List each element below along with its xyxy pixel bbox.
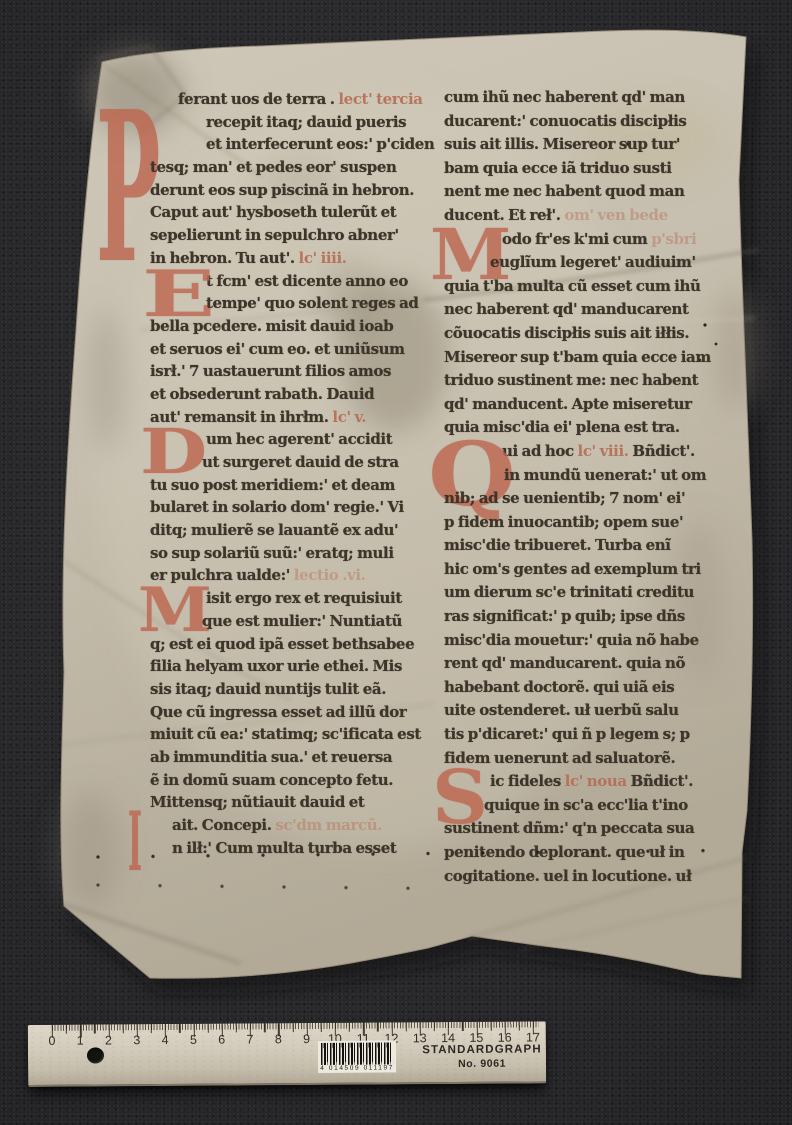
ruler-number: 17 xyxy=(526,1030,540,1044)
body-text: sis itaq; dauid nuntijs tulit eã. xyxy=(150,680,386,698)
manuscript-text-line: ducarent:' conuocatis discipłis xyxy=(444,112,711,136)
rubric-text: lc' iiii. xyxy=(295,249,347,267)
manuscript-text-line: ui ad hoc lc' viii. Bñdict'.Q xyxy=(444,442,711,466)
ruler: 01234567891011121314151617 4 014509 0111… xyxy=(28,1021,546,1087)
body-text: et interfecerunt eos:' p'ciden xyxy=(206,135,434,153)
ruler-number: 13 xyxy=(413,1031,427,1045)
rubric-text: p'sbri xyxy=(647,230,696,248)
body-text: ras significat:' p quib; ipse dñs xyxy=(444,607,685,625)
ruler-hanging-hole xyxy=(87,1047,104,1063)
ruler-tick xyxy=(349,1023,350,1032)
body-text: que est mulier:' Nuntiatũ xyxy=(202,612,402,630)
manuscript-text-line: cogitatione. uel in locutione. uł xyxy=(444,867,711,891)
body-text: q; est ei quod ipã esset bethsabee xyxy=(150,635,414,653)
manuscript-text-line: rent qd' manducarent. quia nõ xyxy=(444,654,711,678)
manuscript-text-line: que est mulier:' Nuntiatũ xyxy=(150,612,434,635)
body-text: Mittensq; nũtiauit dauid et xyxy=(150,793,364,811)
manuscript-text-line: p fidem inuocantib; opem sue' xyxy=(444,513,711,537)
body-text: cogitatione. uel in locutione. uł xyxy=(444,867,691,885)
ruler-number: 8 xyxy=(275,1032,282,1046)
manuscript-text-line: ab immunditia sua.' et reuersa xyxy=(150,748,434,771)
manuscript-text-line: miuit cũ ea:' statimq; sc'ificata est xyxy=(150,725,434,748)
manuscript-text-line: Misereor sup t'bam quia ecce iam xyxy=(444,348,711,372)
ruler-number: 5 xyxy=(190,1033,197,1047)
body-text: et seruos ei' cum eo. et uniũsum xyxy=(150,340,405,358)
manuscript-text-line: misc'die tribueret. Turba enĩ xyxy=(444,536,711,560)
ruler-number: 15 xyxy=(469,1031,483,1045)
ruler-tick xyxy=(321,1023,322,1032)
rubric-text: lectio .vi. xyxy=(290,566,366,584)
ruler-tick xyxy=(151,1024,152,1033)
body-text: hic om's gentes ad exemplum tri xyxy=(444,560,701,578)
manuscript-text-line: quique in sc'a ecc'lia t'ino xyxy=(444,796,711,820)
ruler-model-label: No. 9061 xyxy=(406,1057,558,1070)
body-text: ab immunditia sua.' et reuersa xyxy=(150,748,392,766)
ruler-number: 3 xyxy=(133,1033,140,1047)
ruler-number: 14 xyxy=(441,1031,455,1045)
manuscript-text-line: bam quia ecce iã triduo susti xyxy=(444,159,711,183)
ruler-tick xyxy=(264,1023,265,1032)
manuscript-text-line: Caput aut' hysboseth tulerũt et xyxy=(150,203,434,226)
rubric-text: lc' v. xyxy=(329,408,367,426)
body-text: t fcm' est dicente anno eo xyxy=(206,272,408,290)
body-text: miuit cũ ea:' statimq; sc'ificata est xyxy=(150,725,421,743)
ruler-barcode-area: 4 014509 011197 xyxy=(318,1040,396,1073)
ruler-brand-label: STANDARDGRAPH xyxy=(406,1043,558,1056)
manuscript-text-line: qd' manducent. Apte miseretur xyxy=(444,395,711,419)
rubric-text: sc'dm marcũ. xyxy=(272,816,383,834)
body-text: uite ostenderet. uł uerbũ salu xyxy=(444,701,679,719)
body-text: quia t'ba multa cũ esset cum ihũ xyxy=(444,277,701,295)
manuscript-text-line: triduo sustinent me: nec habent xyxy=(444,371,711,395)
manuscript-text-line: in mundũ uenerat:' ut om xyxy=(444,466,711,490)
ruler-tick xyxy=(94,1025,95,1034)
manuscript-text-line: et seruos ei' cum eo. et uniũsum xyxy=(150,340,434,363)
manuscript-text-line: filia helyam uxor urie ethei. Mis xyxy=(150,657,434,680)
ruler-tick xyxy=(179,1024,180,1033)
ruler-tick xyxy=(519,1022,520,1031)
body-text: odo fr'es k'mi cum xyxy=(502,230,647,248)
manuscript-text-line: et interfecerunt eos:' p'ciden xyxy=(150,135,434,158)
ruler-number: 0 xyxy=(48,1034,55,1048)
body-text: p fidem inuocantib; opem sue' xyxy=(444,513,683,531)
manuscript-text-line: tis p'dicaret:' qui ñ p legem s; p xyxy=(444,725,711,749)
manuscript-text-line: euglĩum legeret' audiuim' xyxy=(444,253,711,277)
rubric-text: lc' viii. xyxy=(574,442,629,460)
body-text: qd' manducent. Apte miseretur xyxy=(444,395,692,413)
ruler-number: 1 xyxy=(77,1034,84,1048)
manuscript-text-line: suis ait illis. Misereor sup tur' xyxy=(444,135,711,159)
body-text: habebant doctorẽ. qui uiã eis xyxy=(444,678,674,696)
manuscript-text-line: tu suo post meridiem:' et deam xyxy=(150,476,434,499)
ruler-tick xyxy=(406,1022,407,1031)
body-text: ut surgeret dauid de stra xyxy=(202,453,399,471)
body-text: suis ait illis. Misereor sup tur' xyxy=(444,135,680,153)
body-text: bam quia ecce iã triduo susti xyxy=(444,159,672,177)
manuscript-text-line: uite ostenderet. uł uerbũ salu xyxy=(444,701,711,725)
manuscript-text-line: sustinent dñm:' q'n peccata sua xyxy=(444,819,711,843)
manuscript-text-line: ait. Concepi. sc'dm marcũ.I xyxy=(150,816,434,839)
body-text: bularet in solario dom' regie.' Vi xyxy=(150,498,404,516)
manuscript-text-line: so sup solariũ suũ:' eratq; muli xyxy=(150,544,434,567)
manuscript-text-line: ditq; mulierẽ se lauantẽ ex adu' xyxy=(150,521,434,544)
manuscript-text-line: et obsederunt rabath. Dauid xyxy=(150,385,434,408)
manuscript-text-line: hic om's gentes ad exemplum tri xyxy=(444,560,711,584)
body-text: cõuocatis discipłis suis ait iłłis. xyxy=(444,324,689,342)
body-text: Bñdict'. xyxy=(627,772,693,790)
ruler-tick xyxy=(462,1022,463,1031)
ruler-tick xyxy=(292,1023,293,1032)
body-text: in mundũ uenerat:' ut om xyxy=(504,466,706,484)
manuscript-text-line: nec haberent qd' manducarent xyxy=(444,300,711,324)
body-text: um hec agerent' accidit xyxy=(206,430,392,448)
manuscript-text-line: cõuocatis discipłis suis ait iłłis. xyxy=(444,324,711,348)
manuscript-text-line: recepit itaq; dauid puerisP xyxy=(150,113,434,136)
body-text: so sup solariũ suũ:' eratq; muli xyxy=(150,544,394,562)
manuscript-text-line: bularet in solario dom' regie.' Vi xyxy=(150,498,434,521)
ruler-number: 2 xyxy=(105,1033,112,1047)
body-text: misc'dia mouetur:' quia nõ habe xyxy=(444,631,699,649)
body-text: nent me nec habent quod man xyxy=(444,182,684,200)
body-text: quique in sc'a ecc'lia t'ino xyxy=(484,796,688,814)
body-text: tempe' quo solent reges ad xyxy=(206,294,419,312)
body-text: Misereor sup t'bam quia ecce iam xyxy=(444,348,711,366)
manuscript-text-line: ut surgeret dauid de stra xyxy=(150,453,434,476)
manuscript-text-line: t fcm' est dicente anno eoE xyxy=(150,272,434,295)
manuscript-text-line: derunt eos sup piscinã in hebron. xyxy=(150,181,434,204)
manuscript-text-line: sis itaq; dauid nuntijs tulit eã. xyxy=(150,680,434,703)
body-text: derunt eos sup piscinã in hebron. xyxy=(150,181,414,199)
body-text: cum ihũ nec haberent qd' man xyxy=(444,88,685,106)
manuscript-text-line: bella pcedere. misit dauid ioab xyxy=(150,317,434,340)
body-text: ic fideles xyxy=(490,772,561,790)
body-text: ferant uos de terra . xyxy=(178,90,335,108)
manuscript-text-line: um hec agerent' acciditD xyxy=(150,430,434,453)
body-text: ditq; mulierẽ se lauantẽ ex adu' xyxy=(150,521,398,539)
ruler-number: 16 xyxy=(498,1031,512,1045)
body-text: isit ergo rex et requisiuit xyxy=(206,589,402,607)
ruler-tick xyxy=(66,1025,67,1034)
manuscript-column-left: ferant uos de terra . lect' terciarecepi… xyxy=(150,90,434,861)
body-text: filia helyam uxor urie ethei. Mis xyxy=(150,657,402,675)
body-text: sepelierunt in sepulchro abner' xyxy=(150,226,399,244)
manuscript-text-line: misc'dia mouetur:' quia nõ habe xyxy=(444,631,711,655)
manuscript-text-line: ras significat:' p quib; ipse dñs xyxy=(444,607,711,631)
manuscript-text-line: odo fr'es k'mi cum p'sbriM xyxy=(444,230,711,254)
body-text: rent qd' manducarent. quia nõ xyxy=(444,654,685,672)
manuscript-column-right: cum ihũ nec haberent qd' manducarent:' c… xyxy=(444,88,711,890)
photograph-background: ferant uos de terra . lect' terciarecepi… xyxy=(0,0,792,1125)
body-text: recepit itaq; dauid pueris xyxy=(206,113,406,131)
body-text: bella pcedere. misit dauid ioab xyxy=(150,317,393,335)
ruler-tick xyxy=(547,1021,548,1030)
ruler-number: 9 xyxy=(303,1032,310,1046)
manuscript-text-line: Que cũ ingressa esset ad illũ dor xyxy=(150,703,434,726)
body-text: et obsederunt rabath. Dauid xyxy=(150,385,374,403)
body-text: um dierum sc'e trinitati creditu xyxy=(444,583,694,601)
body-text: euglĩum legeret' audiuim' xyxy=(490,253,696,271)
manuscript-text-line: sepelierunt in sepulchro abner' xyxy=(150,226,434,249)
manuscript-text-line: um dierum sc'e trinitati creditu xyxy=(444,583,711,607)
manuscript-text-line: tempe' quo solent reges ad xyxy=(150,294,434,317)
manuscript-text-line: quia t'ba multa cũ esset cum ihũ xyxy=(444,277,711,301)
manuscript-text-line: q; est ei quod ipã esset bethsabee xyxy=(150,635,434,658)
manuscript-text-line: Mittensq; nũtiauit dauid et xyxy=(150,793,434,816)
body-text: Bñdict'. xyxy=(629,442,695,460)
rubric-text: lect' tercia xyxy=(335,90,423,108)
ruler-tick xyxy=(490,1022,491,1031)
manuscript-text-line: nib; ad se uenientib; 7 nom' ei' xyxy=(444,489,711,513)
body-text: ẽ in domũ suam concepto fetu. xyxy=(150,771,393,789)
barcode-digits: 4 014509 011197 xyxy=(318,1064,396,1072)
manuscript-text-line: ẽ in domũ suam concepto fetu. xyxy=(150,771,434,794)
manuscript-text-line: tesq; man' et pedes eor' suspen xyxy=(150,158,434,181)
body-text: sustinent dñm:' q'n peccata sua xyxy=(444,819,694,837)
ruler-number: 4 xyxy=(162,1033,169,1047)
rubric-text: lc' noua xyxy=(561,772,627,790)
ruler-tick xyxy=(236,1024,237,1033)
manuscript-text-line: habebant doctorẽ. qui uiã eis xyxy=(444,678,711,702)
illuminated-initial-I: I xyxy=(128,812,142,875)
body-text: nib; ad se uenientib; 7 nom' ei' xyxy=(444,489,685,507)
ruler-tick xyxy=(434,1022,435,1031)
ruler-tick xyxy=(207,1024,208,1033)
body-text: ait. Concepi. xyxy=(172,816,272,834)
rubric-text: om' ven bede xyxy=(561,206,668,224)
manuscript-text-line: cum ihũ nec haberent qd' man xyxy=(444,88,711,112)
ruler-tick xyxy=(377,1023,378,1032)
body-text: ducarent:' conuocatis discipłis xyxy=(444,112,686,130)
barcode xyxy=(321,1042,393,1065)
manuscript-text-line: ferant uos de terra . lect' tercia xyxy=(150,90,434,113)
ruler-number: 6 xyxy=(218,1033,225,1047)
body-text: Caput aut' hysboseth tulerũt et xyxy=(150,203,396,221)
manuscript-text-line: isit ergo rex et requisiuitM xyxy=(150,589,434,612)
ruler-tick xyxy=(123,1024,124,1033)
body-text: misc'die tribueret. Turba enĩ xyxy=(444,536,671,554)
body-text: nec haberent qd' manducarent xyxy=(444,300,689,318)
manuscript-text-line: ic fideles lc' noua Bñdict'.S xyxy=(444,772,711,796)
body-text: tu suo post meridiem:' et deam xyxy=(150,476,395,494)
ruler-brand-block: STANDARDGRAPH No. 9061 xyxy=(406,1043,558,1070)
body-text: triduo sustinent me: nec habent xyxy=(444,371,698,389)
ruler-number: 7 xyxy=(246,1032,253,1046)
body-text: isrł.' 7 uastauerunt filios amos xyxy=(150,362,391,380)
manuscript-text-line: nent me nec habent quod man xyxy=(444,182,711,206)
manuscript-text-line: isrł.' 7 uastauerunt filios amos xyxy=(150,362,434,385)
body-text: Que cũ ingressa esset ad illũ dor xyxy=(150,703,406,721)
body-text: tesq; man' et pedes eor' suspen xyxy=(150,158,397,176)
body-text: tis p'dicaret:' qui ñ p legem s; p xyxy=(444,725,690,743)
